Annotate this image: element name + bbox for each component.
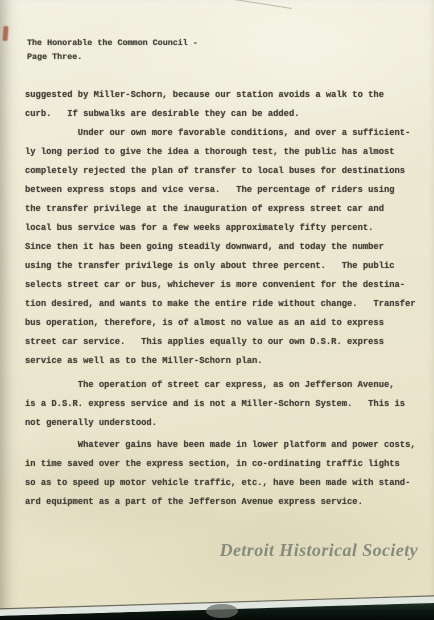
body-line: so as to speed up motor vehicle traffic,… <box>25 474 430 493</box>
body-line: curb. If subwalks are desirable they can… <box>25 105 430 124</box>
body-paragraph: Whatever gains have been made in lower p… <box>25 436 430 512</box>
watermark-detroit-historical-society: Detroit Historical Society <box>220 540 418 561</box>
body-line: is a D.S.R. express service and is not a… <box>25 395 430 414</box>
header-line-recipient: The Honorable the Common Council - <box>27 36 198 50</box>
body-line: Since then it has been going steadily do… <box>25 238 430 257</box>
body-line: suggested by Miller-Schorn, because our … <box>25 86 430 105</box>
letter-body: suggested by Miller-Schorn, because our … <box>25 86 430 512</box>
body-line: in time saved over the express section, … <box>25 455 430 474</box>
header-line-page-number: Page Three. <box>27 50 198 64</box>
body-paragraph: suggested by Miller-Schorn, because our … <box>25 86 430 124</box>
body-line: service as well as to the Miller-Schorn … <box>25 352 430 371</box>
table-blur-spot <box>206 604 238 618</box>
body-line: completely rejected the plan of transfer… <box>25 162 430 181</box>
body-line: ly long period to give the idea a thorou… <box>25 143 430 162</box>
body-paragraph: The operation of street car express, as … <box>25 376 430 433</box>
body-line: The operation of street car express, as … <box>25 376 430 395</box>
body-line: Whatever gains have been made in lower p… <box>25 436 430 455</box>
document-page: The Honorable the Common Council - Page … <box>0 0 434 612</box>
body-paragraph: Under our own more favorable conditions,… <box>25 124 430 371</box>
page-header: The Honorable the Common Council - Page … <box>27 36 198 64</box>
paper-bottom-edge <box>0 590 434 620</box>
red-edge-mark <box>2 26 8 41</box>
paper-crease <box>228 0 291 9</box>
photo-of-document: The Honorable the Common Council - Page … <box>0 0 434 620</box>
body-line: selects street car or bus, whichever is … <box>25 276 430 295</box>
body-line: Under our own more favorable conditions,… <box>25 124 430 143</box>
body-line: street car service. This applies equally… <box>25 333 430 352</box>
body-line: local bus service was for a few weeks ap… <box>25 219 430 238</box>
body-line: bus operation, therefore, is of almost n… <box>25 314 430 333</box>
body-line: not generally understood. <box>25 414 430 433</box>
body-line: between express stops and vice versa. Th… <box>25 181 430 200</box>
body-line: the transfer privilege at the inaugurati… <box>25 200 430 219</box>
body-line: ard equipment as a part of the Jefferson… <box>25 493 430 512</box>
body-line: tion desired, and wants to make the enti… <box>25 295 430 314</box>
body-line: using the transfer privilege is only abo… <box>25 257 430 276</box>
